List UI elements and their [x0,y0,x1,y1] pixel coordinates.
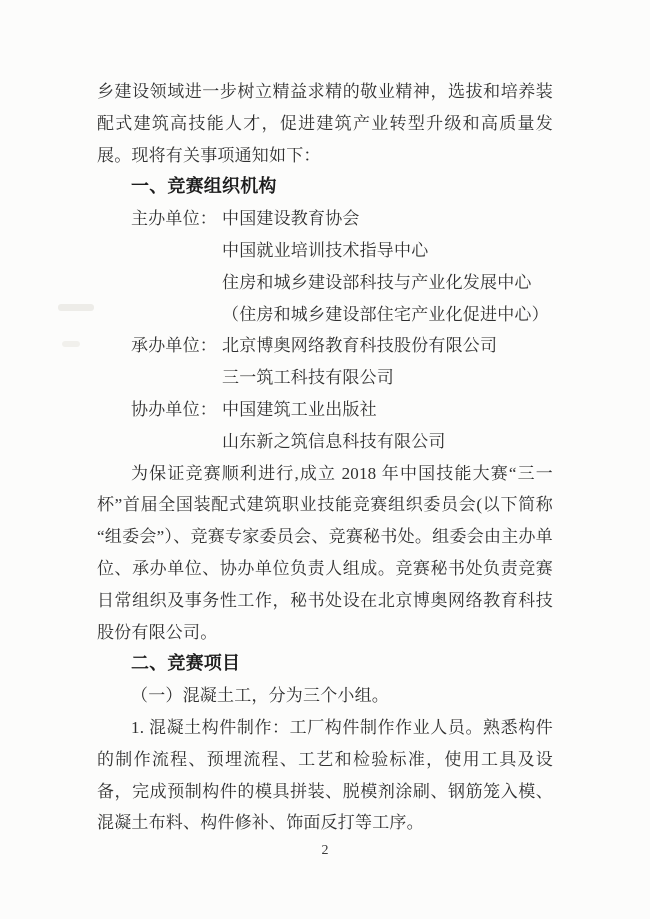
organizer-row: 中国就业培训技术指导中心 [97,235,553,267]
organizer-row: 承办单位： 北京博奥网络教育科技股份有限公司 [97,330,553,362]
organizer-name: 住房和城乡建设部科技与产业化发展中心 [222,273,532,292]
organizer-row: 山东新之筑信息科技有限公司 [97,426,553,458]
concrete-item-paragraph: （一）混凝土工，分为三个小组。 [97,680,553,712]
organizer-group-co-organizer: 协办单位： 中国建筑工业出版社 山东新之筑信息科技有限公司 [97,394,553,458]
document-page: 乡建设领域进一步树立精益求精的敬业精神，选拔和培养装配式建筑高技能人才，促进建筑… [0,0,650,919]
organizer-label-co-organizer: 协办单位： [131,394,217,426]
organizer-name: 山东新之筑信息科技有限公司 [222,432,446,451]
scan-artifact [58,304,94,311]
organizer-row: 三一筑工科技有限公司 [97,362,553,394]
organizer-row: （住房和城乡建设部住宅产业化促进中心） [97,299,553,331]
scan-artifact [62,341,80,347]
organizer-row: 住房和城乡建设部科技与产业化发展中心 [97,267,553,299]
organizer-name: 中国建筑工业出版社 [222,400,377,419]
organizer-group-host: 主办单位： 中国建设教育协会 中国就业培训技术指导中心 住房和城乡建设部科技与产… [97,203,553,330]
section-2-heading: 二、竞赛项目 [97,648,553,680]
organizer-row: 主办单位： 中国建设教育协会 [97,203,553,235]
organizer-label-host: 主办单位： [131,203,217,235]
organizer-row: 协办单位： 中国建筑工业出版社 [97,394,553,426]
section-1-heading: 一、竞赛组织机构 [97,171,553,203]
organizer-name: 中国建设教育协会 [222,209,360,228]
organizer-group-undertaker: 承办单位： 北京博奥网络教育科技股份有限公司 三一筑工科技有限公司 [97,330,553,394]
intro-paragraph: 乡建设领域进一步树立精益求精的敬业精神，选拔和培养装配式建筑高技能人才，促进建筑… [97,76,553,171]
committee-paragraph: 为保证竞赛顺利进行,成立 2018 年中国技能大赛“三一杯”首届全国装配式建筑职… [97,458,553,649]
concrete-detail-paragraph: 1. 混凝土构件制作：工厂构件制作作业人员。熟悉构件的制作流程、预埋流程、工艺和… [97,712,553,839]
organizer-name: 中国就业培训技术指导中心 [222,241,428,260]
organizer-name: （住房和城乡建设部住宅产业化促进中心） [222,305,549,324]
organizer-label-undertaker: 承办单位： [131,330,217,362]
page-number: 2 [0,843,650,859]
document-content: 乡建设领域进一步树立精益求精的敬业精神，选拔和培养装配式建筑高技能人才，促进建筑… [97,76,553,839]
organizer-name: 三一筑工科技有限公司 [222,368,394,387]
organizer-name: 北京博奥网络教育科技股份有限公司 [222,336,497,355]
